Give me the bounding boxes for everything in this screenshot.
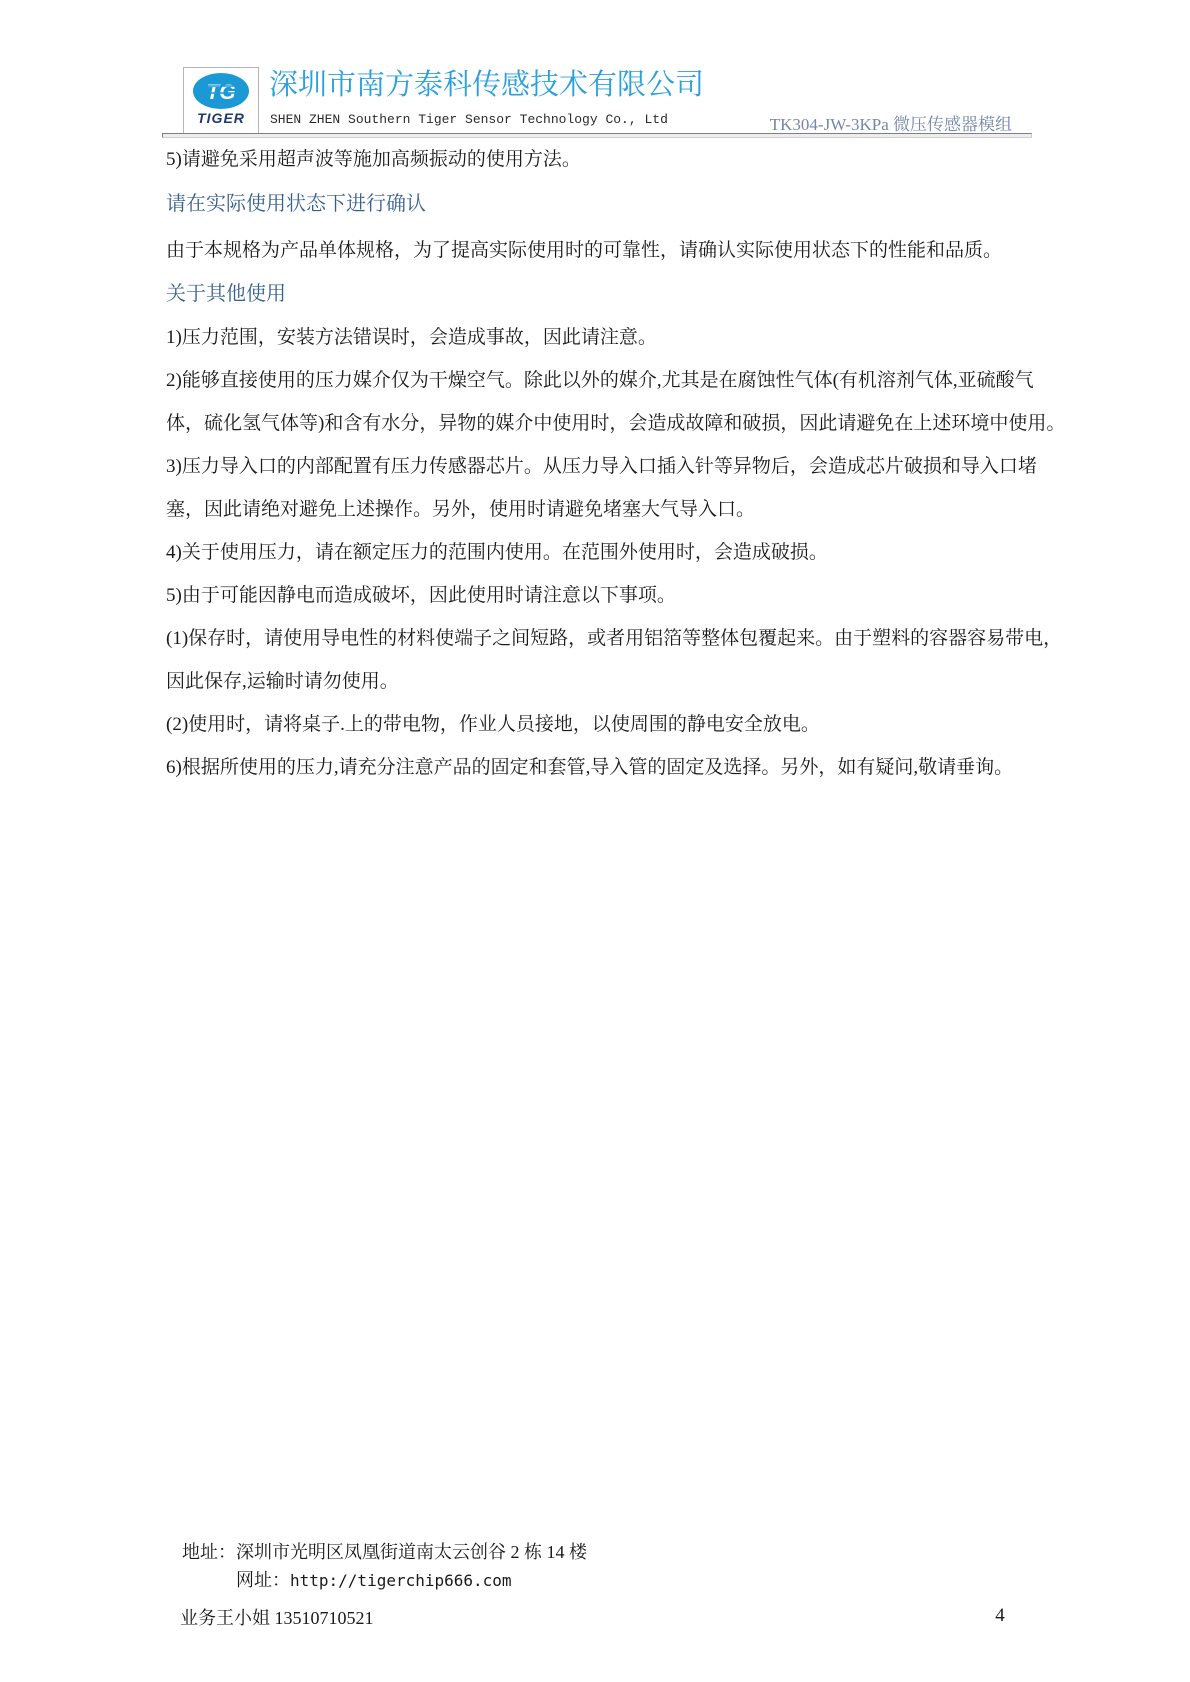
footer-website: 网址：http://tigerchip666.com xyxy=(236,1566,512,1595)
website-url: http://tigerchip666.com xyxy=(290,1571,512,1590)
body-line: 体，硫化氢气体等)和含有水分，异物的媒介中使用时，会造成故障和破损，因此请避免在… xyxy=(166,402,1028,445)
body-line: 4)关于使用压力，请在额定压力的范围内使用。在范围外使用时，会造成破损。 xyxy=(166,531,1028,574)
section-heading-confirm: 请在实际使用状态下进行确认 xyxy=(166,191,426,217)
company-name-english: SHEN ZHEN Southern Tiger Sensor Technolo… xyxy=(270,112,668,127)
other-use-items: 1)压力范围，安装方法错误时，会造成事故，因此请注意。 2)能够直接使用的压力媒… xyxy=(166,316,1028,789)
body-line: 因此保存,运输时请勿使用。 xyxy=(166,660,1028,703)
address-value: 深圳市光明区凤凰街道南太云创谷 2 栋 14 楼 xyxy=(236,1542,587,1562)
product-model-label: TK304-JW-3KPa 微压传感器模组 xyxy=(700,110,1012,135)
address-label: 地址： xyxy=(182,1542,236,1562)
body-line: 3)压力导入口的内部配置有压力传感器芯片。从压力导入口插入针等异物后，会造成芯片… xyxy=(166,445,1028,488)
body-line: 5)由于可能因静电而造成破坏，因此使用时请注意以下事项。 xyxy=(166,574,1028,617)
intro-note-line: 5)请避免采用超声波等施加高频振动的使用方法。 xyxy=(166,138,1028,181)
document-page: TG TIGER 深圳市南方泰科传感技术有限公司 SHEN ZHEN South… xyxy=(0,0,1190,1682)
footer-address: 地址：深圳市光明区凤凰街道南太云创谷 2 栋 14 楼 xyxy=(182,1538,587,1566)
body-line: (1)保存时，请使用导电性的材料使端子之间短路，或者用铝箔等整体包覆起来。由于塑… xyxy=(166,617,1028,660)
company-logo: TG TIGER xyxy=(183,67,259,135)
body-line: 2)能够直接使用的压力媒介仅为干燥空气。除此以外的媒介,尤其是在腐蚀性气体(有机… xyxy=(166,359,1028,402)
company-name-chinese: 深圳市南方泰科传感技术有限公司 xyxy=(269,66,704,104)
section-heading-other-use: 关于其他使用 xyxy=(166,281,286,307)
website-label: 网址： xyxy=(236,1570,290,1590)
body-line: 6)根据所使用的压力,请充分注意产品的固定和套管,导入管的固定及选择。另外，如有… xyxy=(166,746,1028,789)
tiger-logo-icon: TG xyxy=(192,72,250,110)
footer-contact: 业务王小姐 13510710521 xyxy=(180,1604,374,1632)
page-number: 4 xyxy=(985,1602,1015,1630)
body-line: 塞，因此请绝对避免上述操作。另外，使用时请避免堵塞大气导入口。 xyxy=(166,488,1028,531)
body-line: (2)使用时，请将桌子.上的带电物，作业人员接地，以使周围的静电安全放电。 xyxy=(166,703,1028,746)
logo-brand-text: TIGER xyxy=(184,110,258,126)
body-line: 1)压力范围，安装方法错误时，会造成事故，因此请注意。 xyxy=(166,316,1028,359)
confirm-paragraph: 由于本规格为产品单体规格，为了提高实际使用时的可靠性，请确认实际使用状态下的性能… xyxy=(166,229,1028,272)
